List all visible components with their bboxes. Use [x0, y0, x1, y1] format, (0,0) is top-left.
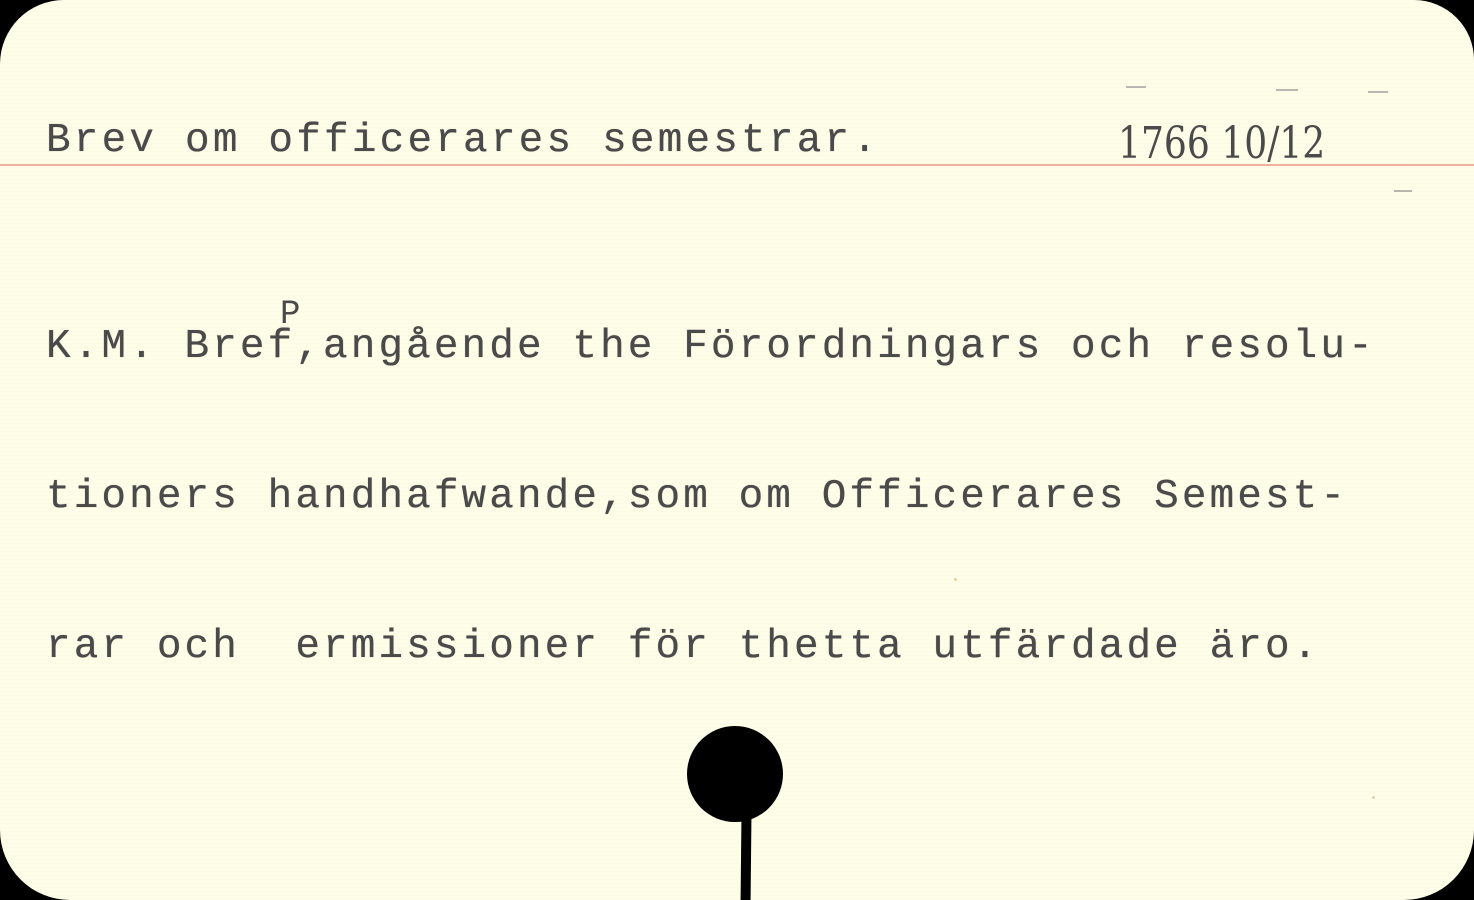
red-ruling-line — [0, 164, 1474, 166]
body-line-2: tioners handhafwande,som om Officerares … — [46, 472, 1376, 522]
faint-typewriter-mark — [1126, 86, 1146, 88]
paper-speck — [954, 578, 957, 581]
body-line-3: rar och ermissioner för thetta utfärdade… — [46, 622, 1376, 672]
paper-speck — [1372, 796, 1375, 799]
binding-cord — [741, 815, 752, 900]
card-title: Brev om officerares semestrar. — [46, 118, 880, 164]
card-date: 1766 10/12 — [1118, 118, 1325, 169]
faint-typewriter-mark — [1368, 91, 1388, 93]
inserted-letter-p: P — [280, 296, 300, 334]
punch-hole — [687, 726, 783, 822]
card-body: K.M. Bref,angående the Förordningars och… — [46, 222, 1376, 772]
faint-typewriter-mark — [1276, 89, 1298, 91]
body-line-1: K.M. Bref,angående the Förordningars och… — [46, 322, 1376, 372]
index-card: Brev om officerares semestrar. 1766 10/1… — [0, 0, 1474, 900]
faint-typewriter-mark — [1394, 190, 1412, 192]
